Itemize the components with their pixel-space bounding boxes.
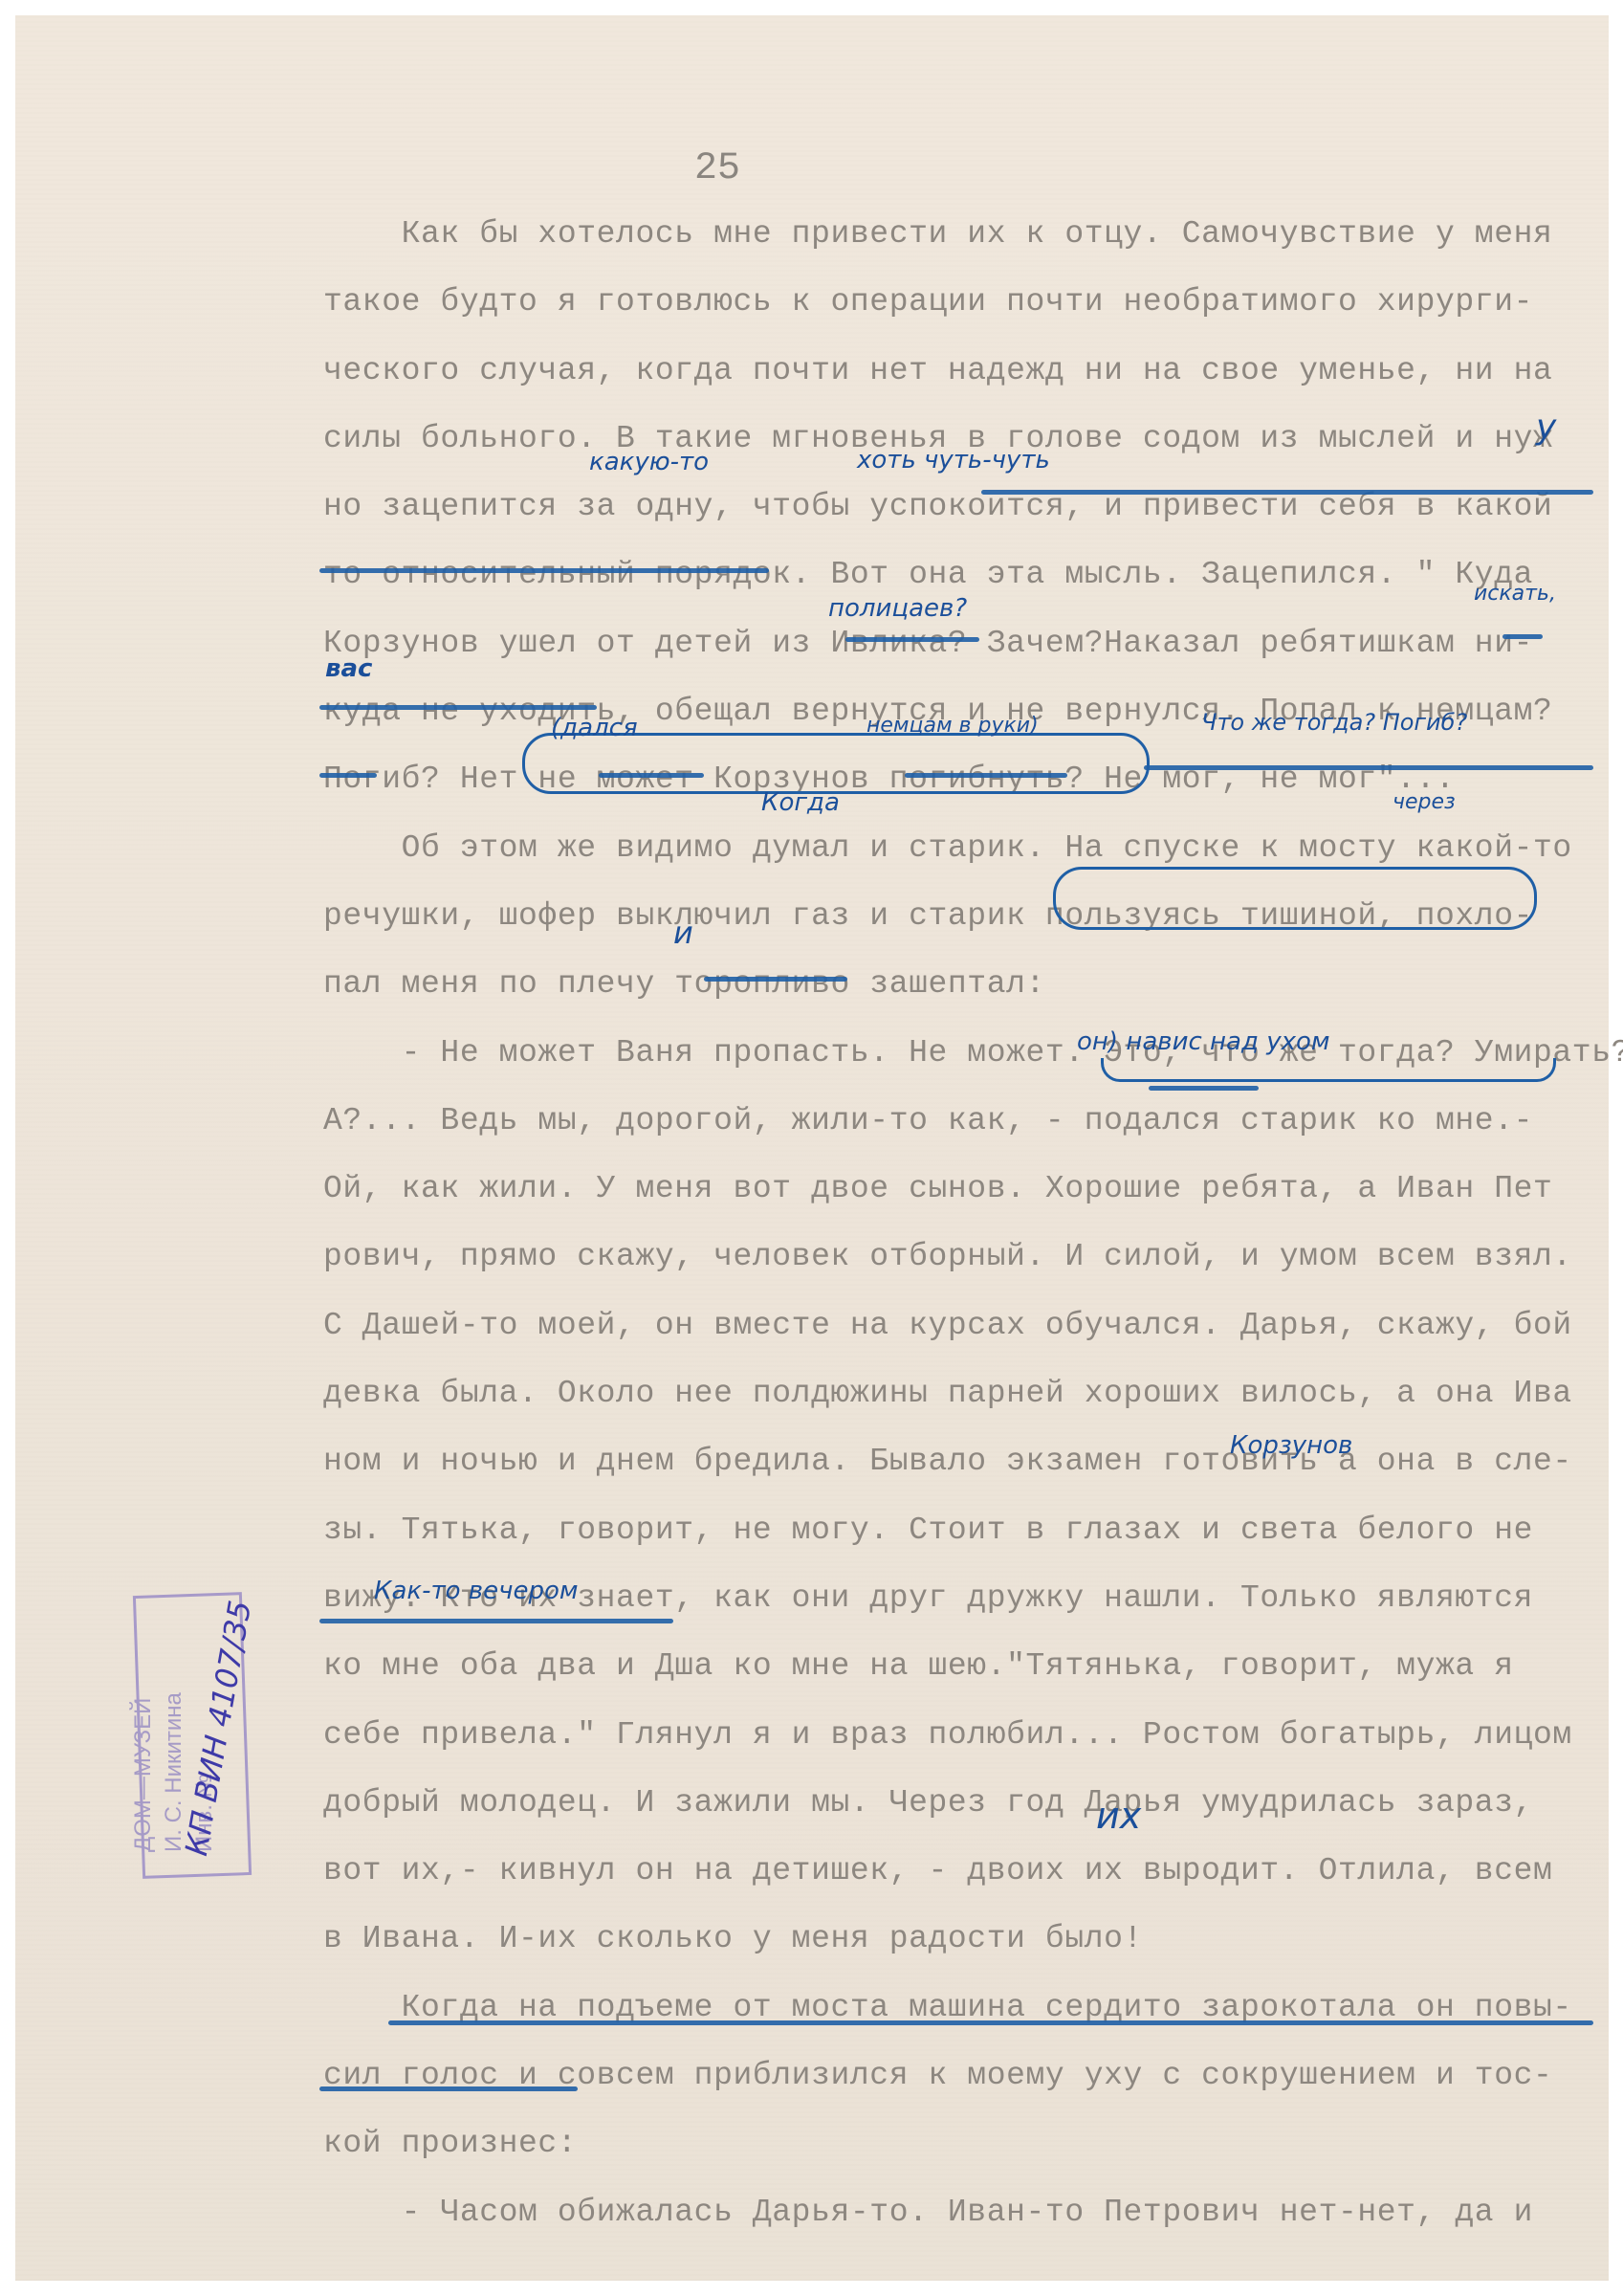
text-line: А?... Ведь мы, дорогой, жили-то как, - п… (323, 1087, 1595, 1155)
handwritten-edit: вас (325, 654, 372, 683)
text-line: - Часом обижалась Дарья-то. Иван-то Петр… (323, 2178, 1595, 2246)
text-line: Ой, как жили. У меня вот двое сынов. Хор… (323, 1155, 1595, 1223)
text-line: вот их,- кивнул он на детишек, - двоих и… (323, 1837, 1595, 1905)
handwritten-edit: через (1393, 790, 1456, 814)
strikethrough (319, 773, 377, 778)
strikethrough (1144, 765, 1593, 770)
text-line: такое будто я готовлюсь к операции почти… (323, 268, 1595, 336)
text-line: в Ивана. И-их сколько у меня радости был… (323, 1905, 1595, 1973)
handwritten-edit: у (1536, 408, 1556, 447)
strikethrough (319, 1619, 673, 1623)
text-line: кой произнес: (323, 2109, 1595, 2177)
typewritten-body: Как бы хотелось мне привести их к отцу. … (323, 200, 1595, 2246)
manuscript-page: 25 Как бы хотелось мне привести их к отц… (15, 15, 1609, 2281)
handwritten-edit: искать, (1474, 582, 1556, 606)
handwritten-edit: хоть чуть-чуть (857, 446, 1050, 475)
text-line: зы. Тятька, говорит, не могу. Стоит в гл… (323, 1496, 1595, 1564)
page-number: 25 (694, 147, 740, 190)
strikethrough (319, 568, 769, 573)
strikethrough (388, 2020, 1593, 2025)
handwritten-edit: немцам в руки) (866, 714, 1039, 738)
handwritten-edit: и (673, 915, 693, 951)
text-line: сил голос и совсем приблизился к моему у… (323, 2042, 1595, 2109)
strikethrough (1149, 1086, 1259, 1091)
text-line: но зацепится за одну, чтобы успокоится, … (323, 473, 1595, 541)
strikethrough (1502, 634, 1543, 639)
handwritten-edit: Когда (761, 788, 840, 817)
strikethrough (981, 490, 1593, 495)
handwritten-edit: (дался (551, 714, 638, 742)
text-line: добрый молодец. И зажили мы. Через год Д… (323, 1769, 1595, 1837)
handwritten-edit: их (1096, 1795, 1141, 1837)
strikethrough (319, 2086, 578, 2091)
strikethrough (704, 977, 847, 982)
text-line: рович, прямо скажу, человек отборный. И … (323, 1223, 1595, 1291)
handwritten-edit: Корзунов (1230, 1431, 1352, 1460)
text-line: С Дашей-то моей, он вместе на курсах обу… (323, 1291, 1595, 1359)
insertion-loop (1101, 1058, 1556, 1082)
text-line: ческого случая, когда почти нет надежд н… (323, 337, 1595, 405)
strikethrough (845, 637, 979, 642)
text-line: ко мне оба два и Дша ко мне на шею."Тятя… (323, 1632, 1595, 1700)
handwritten-edit: какую-то (589, 448, 709, 476)
insertion-loop (1053, 867, 1537, 930)
handwritten-edit: полицаев? (828, 594, 967, 623)
strikethrough (319, 705, 597, 710)
text-line: себе привела." Глянул я и враз полюбил..… (323, 1701, 1595, 1769)
handwritten-edit: Что же тогда? Погиб? (1201, 709, 1467, 736)
text-line: Когда на подъеме от моста машина сердито… (323, 1974, 1595, 2042)
text-line: девка была. Около нее полдюжины парней х… (323, 1359, 1595, 1427)
handwritten-edit: Как-то вечером (374, 1577, 579, 1605)
text-line: Как бы хотелось мне привести их к отцу. … (323, 200, 1595, 268)
text-line: ном и ночью и днем бредила. Бывало экзам… (323, 1427, 1595, 1495)
text-line: пал меня по плечу торопливо зашептал: (323, 950, 1595, 1018)
handwritten-edit: он) навис над ухом (1077, 1027, 1330, 1056)
